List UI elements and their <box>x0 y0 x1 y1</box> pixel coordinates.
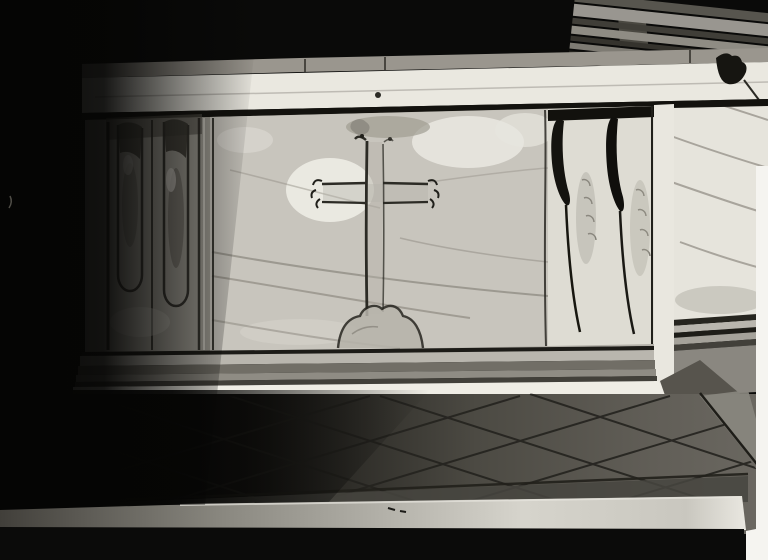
right-pilaster <box>548 106 655 346</box>
cross-speck <box>388 137 392 141</box>
cross-shaft-fill <box>368 142 382 314</box>
photo-canvas <box>0 0 768 560</box>
mensa-chip-mark <box>375 92 381 98</box>
wall-stain <box>675 286 765 314</box>
panel-right-joint <box>545 110 546 346</box>
cross-speck <box>360 134 364 138</box>
altar-photograph <box>0 0 768 560</box>
altar-corner-strip <box>654 104 674 396</box>
cross-arm-fill <box>323 184 428 202</box>
foreground-band <box>0 527 744 560</box>
